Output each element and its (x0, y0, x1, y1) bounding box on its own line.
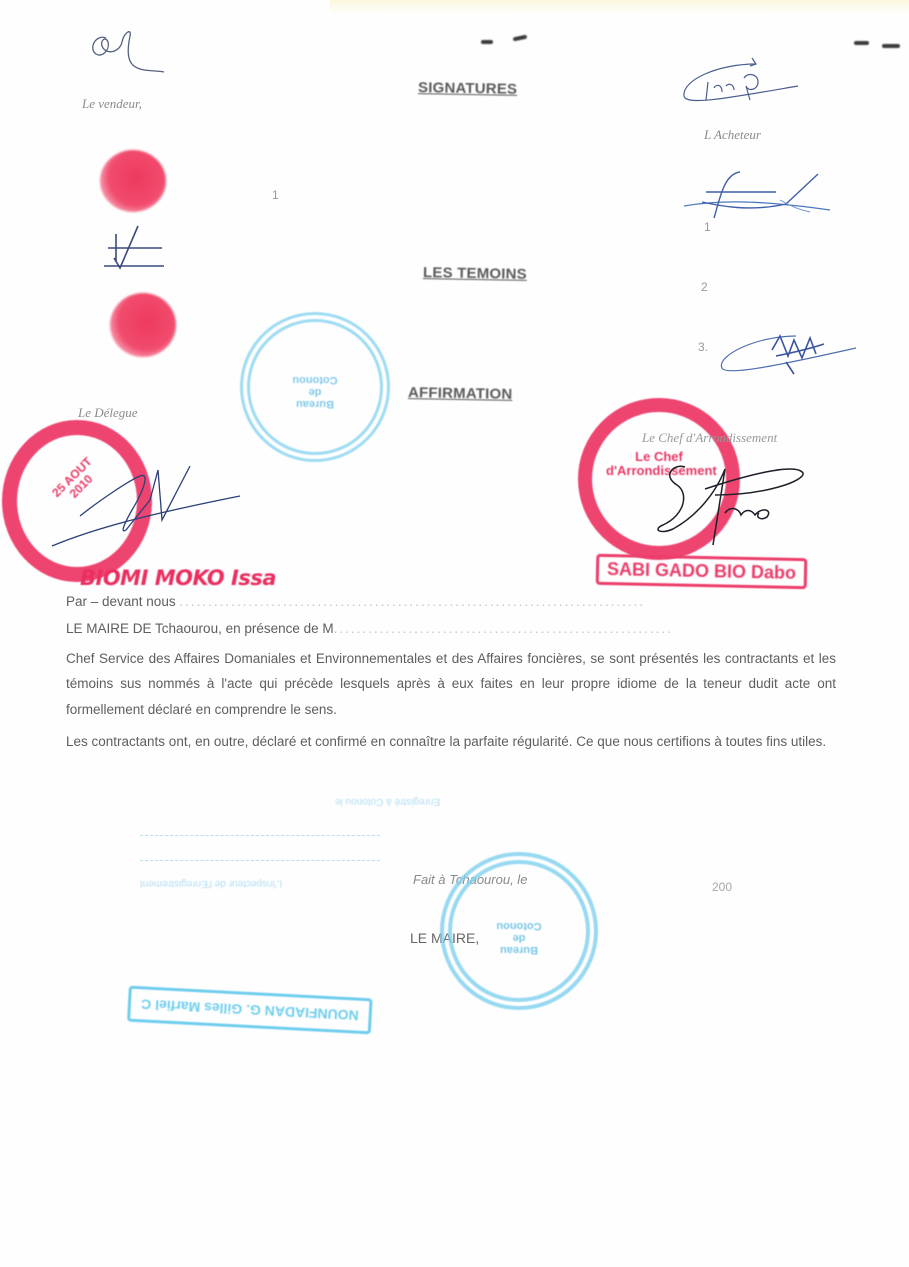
role-buyer: L Acheteur (704, 127, 761, 143)
heading-signatures: SIGNATURES (418, 79, 518, 98)
blue-stamp-center-line-1: Bureau (250, 398, 380, 410)
witness-left-2-signature (100, 222, 170, 277)
registration-rule-1 (140, 835, 380, 836)
body-line-mayor: LE MAIRE DE Tchaourou, en présence de M.… (66, 619, 836, 640)
thumbprint-left-3 (110, 293, 176, 357)
body-paragraph-2: Les contractants ont, en outre, déclaré … (66, 729, 836, 755)
blue-stamp2-center-line-1: Bureau (452, 944, 586, 956)
blue-stamp-center-line-2: de (250, 386, 380, 398)
witness-number-left-1: 1 (272, 188, 279, 202)
witness-right-3-signature (716, 326, 861, 391)
witness-number-right-3: 3. (698, 340, 708, 354)
body-paragraph-1: Chef Service des Affaires Domaniales et … (66, 646, 836, 723)
witness-number-right-2: 2 (701, 280, 708, 294)
delegate-signature (40, 450, 250, 565)
blue-stamp2-center-line-3: Cotonou (452, 920, 586, 932)
closing-year: 200 (712, 880, 732, 894)
blue-round-stamp-bottom: Bureau de Cotonou (440, 852, 598, 1010)
body-line-before-us: Par – devant nous ......................… (66, 592, 836, 613)
thumbprint-left-1 (100, 150, 166, 212)
ink-smudge (854, 41, 869, 45)
ink-smudge (481, 40, 493, 44)
seller-signature (88, 26, 168, 81)
heading-affirmation: AFFIRMATION (408, 384, 513, 403)
district-chief-name-stamp: SABI GADO BIO Dabo (596, 554, 808, 589)
blue-stamp-center-line-3: Cotonou (250, 374, 380, 386)
district-chief-signature (655, 455, 815, 555)
witness-number-right-1: 1 (704, 220, 711, 234)
role-delegate: Le Délegue (78, 405, 138, 421)
registration-rule-2 (140, 860, 380, 861)
registration-line-4: L'inspecteur de l'Enregistrement (140, 878, 282, 889)
ink-smudge (882, 44, 900, 48)
role-seller: Le vendeur, (82, 96, 142, 112)
registration-line-1: Enregistré à Cotonou le (335, 796, 440, 807)
affirmation-body: Par – devant nous ......................… (66, 592, 836, 756)
heading-witnesses: LES TEMOINS (423, 264, 527, 283)
mayor-name-stamp: NOUNFIADAN G. Gilles Marfiel C (127, 986, 372, 1035)
ink-smudge (513, 35, 528, 42)
paper-edge-tint (330, 0, 909, 14)
delegate-name-stamp: BIOMI MOKO Issa (80, 566, 276, 590)
role-district-chief: Le Chef d'Arrondissement (642, 430, 777, 446)
blue-round-stamp-middle: Bureau de Cotonou (240, 312, 390, 462)
buyer-signature (678, 56, 803, 116)
blue-stamp2-center-line-2: de (452, 932, 586, 944)
